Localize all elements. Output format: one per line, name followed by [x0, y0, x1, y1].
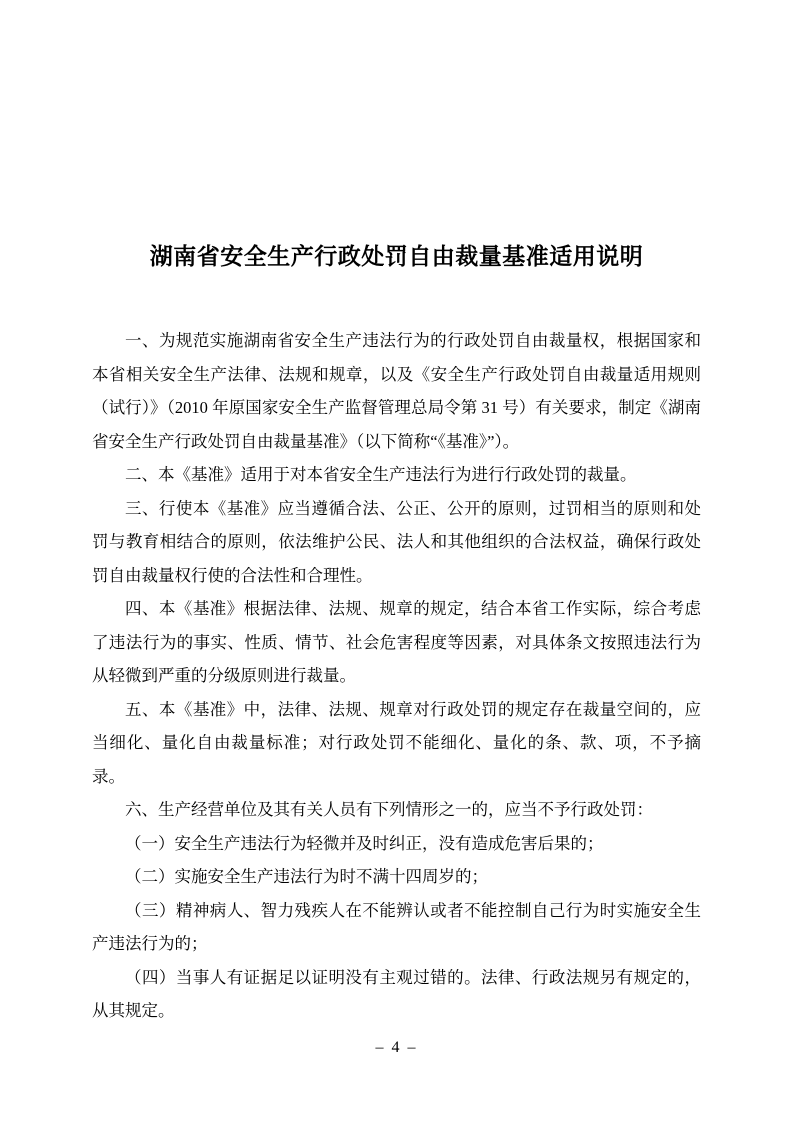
- paragraph-4: 四、本《基准》根据法律、法规、规章的规定，结合本省工作实际，综合考虑了违法行为的…: [92, 592, 701, 693]
- paragraph-8: （二）实施安全生产违法行为时不满十四周岁的；: [92, 860, 701, 894]
- paragraph-3: 三、行使本《基准》应当遵循合法、公正、公开的原则，过罚相当的原则和处罚与教育相结…: [92, 492, 701, 593]
- paragraph-6: 六、生产经营单位及其有关人员有下列情形之一的，应当不予行政处罚：: [92, 793, 701, 827]
- document-title: 湖南省安全生产行政处罚自由裁量基准适用说明: [0, 241, 793, 272]
- paragraph-9: （三）精神病人、智力残疾人在不能辨认或者不能控制自己行为时实施安全生产违法行为的…: [92, 894, 701, 961]
- page-number: – 4 –: [0, 1036, 793, 1060]
- paragraph-1: 一、为规范实施湖南省安全生产违法行为的行政处罚自由裁量权，根据国家和本省相关安全…: [92, 324, 701, 458]
- document-body: 一、为规范实施湖南省安全生产违法行为的行政处罚自由裁量权，根据国家和本省相关安全…: [0, 324, 793, 1028]
- document-page: 湖南省安全生产行政处罚自由裁量基准适用说明 一、为规范实施湖南省安全生产违法行为…: [0, 0, 793, 1122]
- paragraph-10: （四）当事人有证据足以证明没有主观过错的。法律、行政法规另有规定的，从其规定。: [92, 961, 701, 1028]
- paragraph-2: 二、本《基准》适用于对本省安全生产违法行为进行行政处罚的裁量。: [92, 458, 701, 492]
- paragraph-7: （一）安全生产违法行为轻微并及时纠正，没有造成危害后果的；: [92, 827, 701, 861]
- paragraph-5: 五、本《基准》中，法律、法规、规章对行政处罚的规定存在裁量空间的，应当细化、量化…: [92, 693, 701, 794]
